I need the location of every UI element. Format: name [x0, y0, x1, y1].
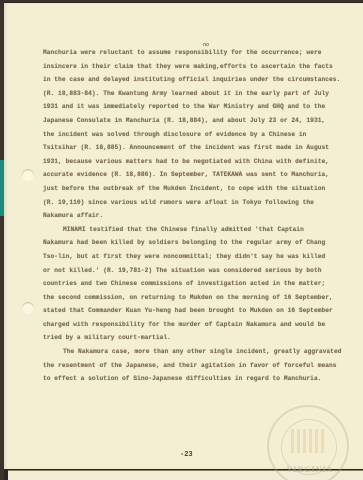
text-line: Nakamura affair.: [43, 209, 343, 223]
text-line: The Nakamura case, more than any other s…: [43, 345, 343, 359]
text-line: 1931 and it was immediately reported to …: [43, 100, 343, 114]
text-line: (R. 18,883-84). The Kwantung Army learne…: [43, 87, 343, 101]
text-line: (R. 19,110) since various wild rumors we…: [43, 196, 343, 210]
seal-rotunda-icon: [291, 429, 325, 453]
university-seal-watermark: VIRGINIA: [267, 405, 349, 480]
text-line: Manchuria were reluctant to assume respo…: [43, 46, 343, 60]
text-line: or not killed.' (R. 19,781-2) The situat…: [43, 264, 343, 278]
text-line: the incident was solved through disclosu…: [43, 128, 343, 142]
paragraph-2: MINAMI testified that the Chinese finall…: [43, 223, 343, 345]
text-line: tried by a military court-martial.: [43, 331, 343, 345]
text-line: Tsitsihar (R. 18,885). Announcement of t…: [43, 141, 343, 155]
document-body: Manchuria were reluctant to assume respo…: [43, 46, 343, 386]
text-line: countries and two Chinese commissions of…: [43, 277, 343, 291]
text-line: stated that Commander Kuan Yu-heng had b…: [43, 304, 343, 318]
text-line: MINAMI testified that the Chinese finall…: [43, 223, 343, 237]
paragraph-3: The Nakamura case, more than any other s…: [43, 345, 343, 386]
punch-hole-icon: [22, 302, 34, 314]
seal-text: VIRGINIA: [277, 465, 343, 474]
text-line: in the case and delayed instituting offi…: [43, 73, 343, 87]
paragraph-1: Manchuria were reluctant to assume respo…: [43, 46, 343, 223]
page-number: -23: [180, 451, 193, 459]
text-line: Japanese Consulate in Manchuria (R. 18,8…: [43, 114, 343, 128]
text-line: the second commission, on returning to M…: [43, 291, 343, 305]
text-line: just before the outbreak of the Mukden I…: [43, 182, 343, 196]
text-line: Tso-lin, but at first they were noncommi…: [43, 250, 343, 264]
text-line: charged with responsibility for the murd…: [43, 318, 343, 332]
text-line: to effect a solution of Sino-Japanese di…: [43, 372, 343, 386]
text-line: accurate evidence (R. 18,886). In Septem…: [43, 168, 343, 182]
text-line: Nakamura had been killed by soldiers bel…: [43, 236, 343, 250]
text-line: insincere in their claim that they were …: [43, 60, 343, 74]
punch-hole-icon: [22, 169, 34, 181]
text-line: 1931, because various matters had to be …: [43, 155, 343, 169]
text-line: the resentment of the Japanese, and thei…: [43, 359, 343, 373]
